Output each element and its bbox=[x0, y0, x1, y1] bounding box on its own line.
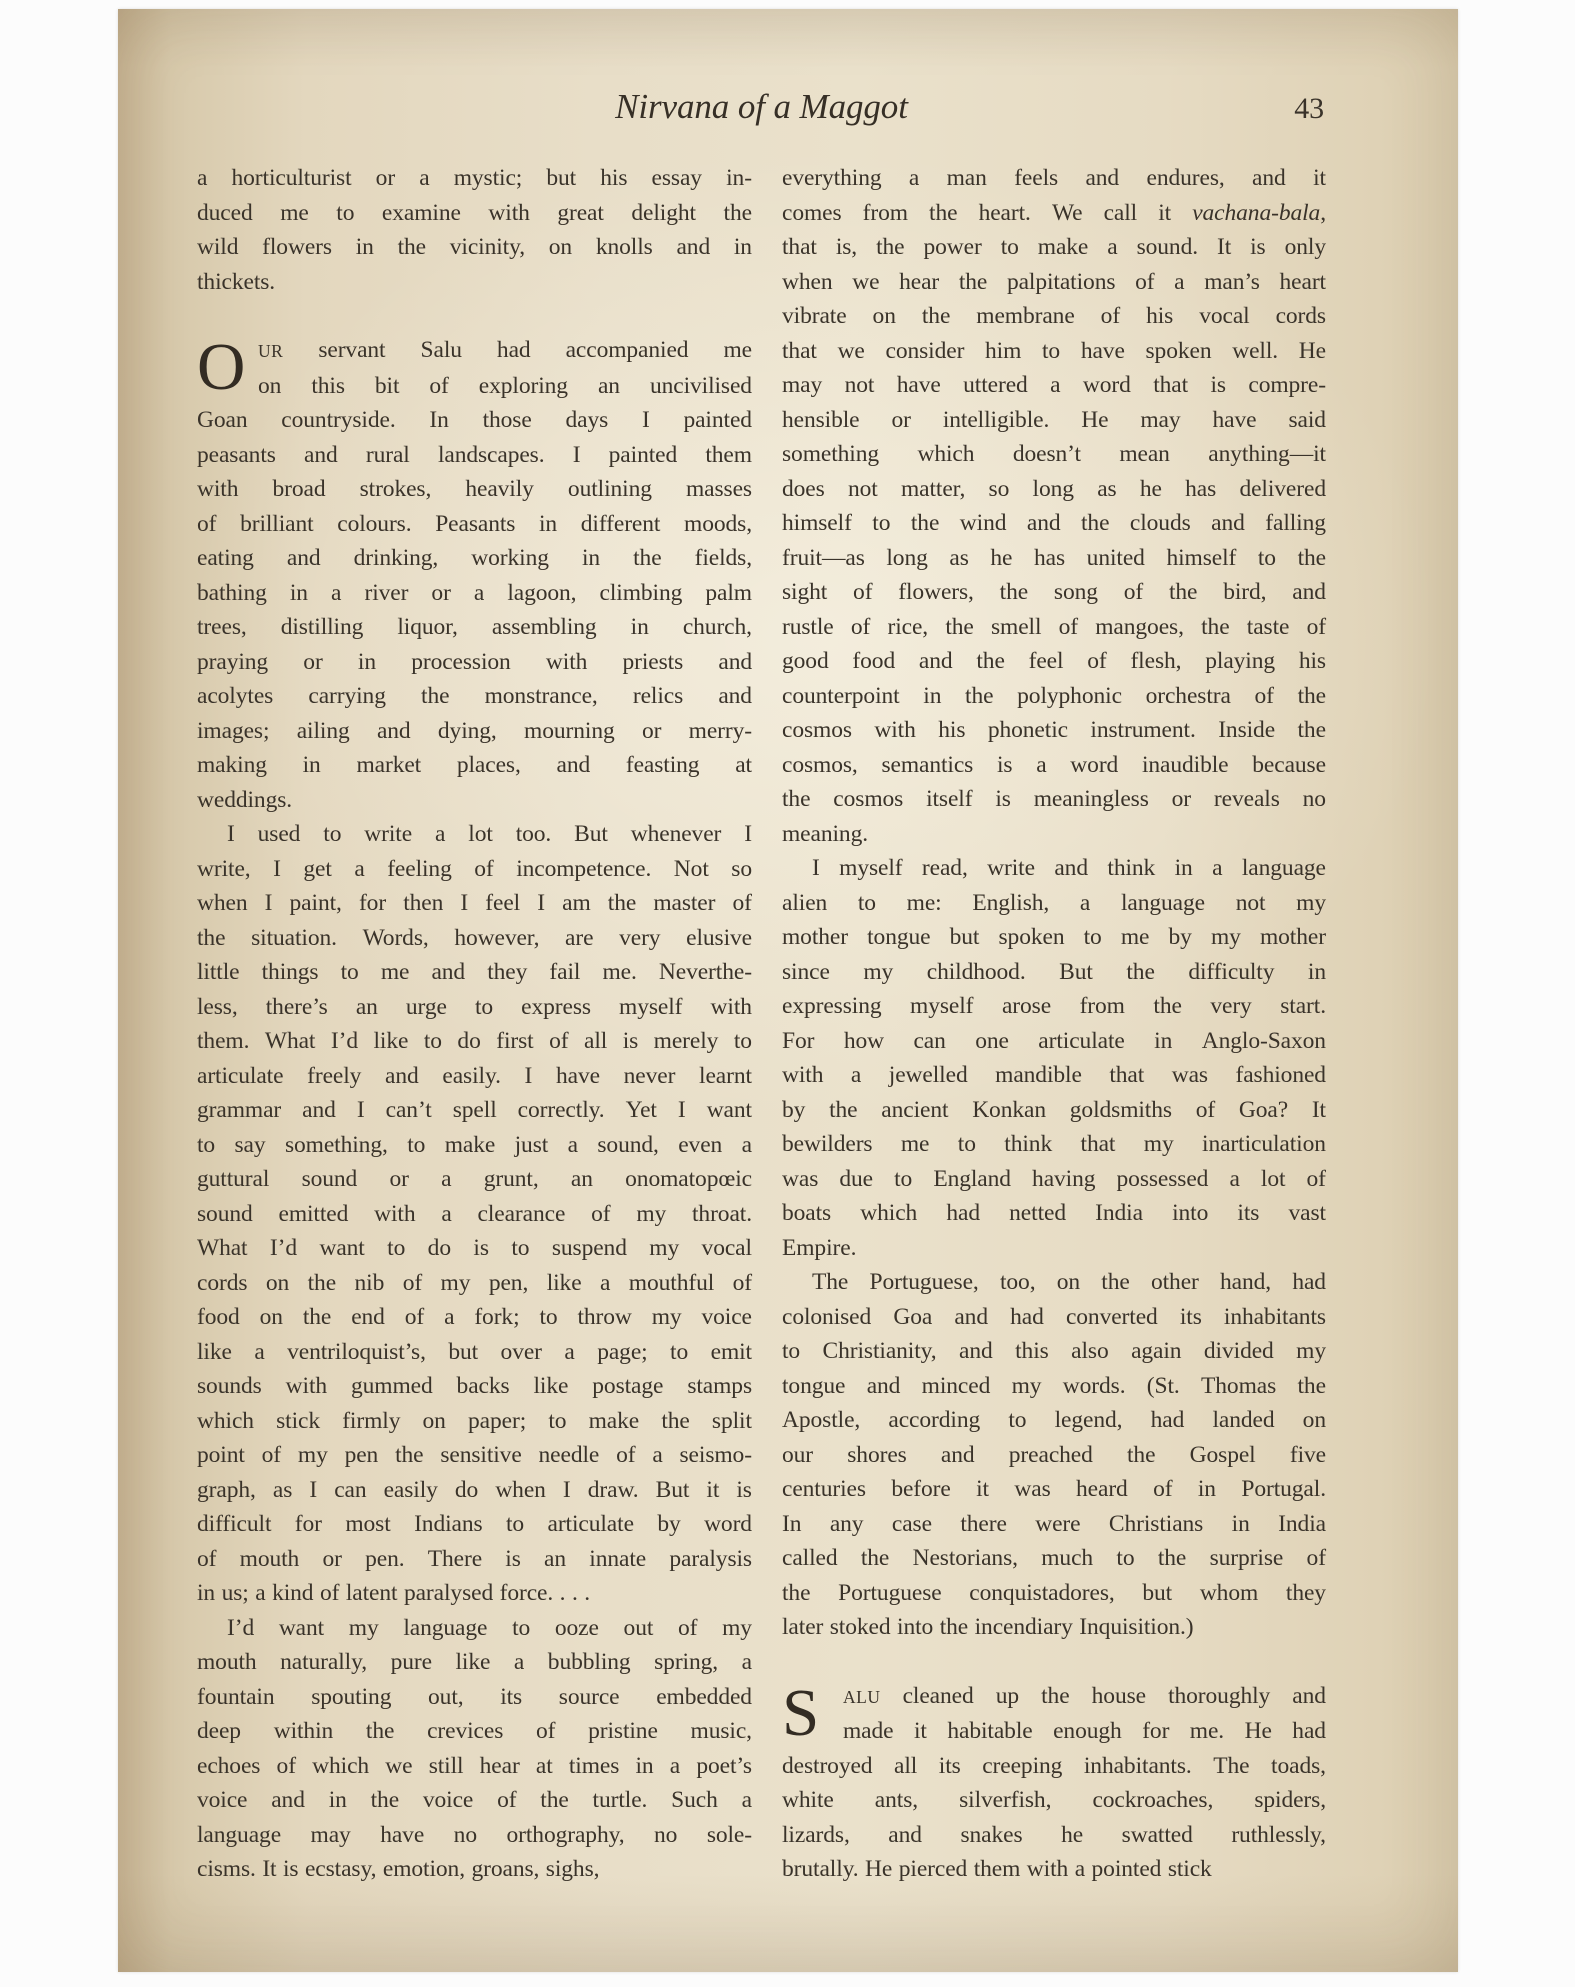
word: his bbox=[1146, 299, 1173, 334]
word: since bbox=[782, 955, 830, 990]
word: gummed bbox=[351, 1369, 433, 1404]
word: ecstasy, bbox=[305, 1852, 376, 1887]
word: articulate bbox=[197, 1059, 283, 1094]
word: said bbox=[1288, 403, 1325, 438]
word: a bbox=[851, 1058, 861, 1093]
text-line: boatswhichhadnettedIndiaintoitsvast bbox=[782, 1196, 1326, 1231]
word: before bbox=[891, 1472, 950, 1507]
word: whenever bbox=[631, 817, 722, 852]
word: the bbox=[398, 230, 426, 265]
word: falling bbox=[1265, 506, 1326, 541]
word: cords bbox=[1276, 299, 1326, 334]
text-line: somethingwhichdoesn’tmeananything—it bbox=[782, 437, 1326, 472]
word: due bbox=[839, 1162, 873, 1197]
word: he bbox=[1140, 472, 1162, 507]
word: a bbox=[564, 1335, 574, 1370]
word: well. bbox=[1232, 334, 1278, 369]
word: different bbox=[581, 507, 661, 542]
word: cosmos bbox=[782, 713, 852, 748]
word: to bbox=[1001, 230, 1019, 265]
word: merry- bbox=[689, 714, 752, 749]
word: and bbox=[718, 645, 752, 680]
word: my bbox=[1144, 1127, 1174, 1162]
word: jewelled bbox=[889, 1058, 968, 1093]
word: make bbox=[445, 1128, 496, 1163]
text-line: wildflowersinthevicinity,onknollsandin bbox=[197, 230, 752, 265]
word: and bbox=[919, 644, 953, 679]
word: procession bbox=[411, 645, 511, 680]
word: out bbox=[624, 1611, 654, 1646]
word: less, bbox=[197, 990, 238, 1025]
word: servant bbox=[318, 333, 385, 368]
text-line: meaning. bbox=[782, 817, 1326, 852]
word: never bbox=[624, 1059, 676, 1094]
word: with bbox=[374, 1197, 415, 1232]
word: I bbox=[460, 886, 468, 921]
word: himself bbox=[1166, 541, 1236, 576]
word: articulate bbox=[547, 1507, 633, 1542]
word: images; bbox=[197, 714, 269, 749]
word: great bbox=[557, 196, 603, 231]
word: call bbox=[1104, 196, 1138, 231]
word: throw bbox=[577, 1300, 631, 1335]
word: my bbox=[649, 1231, 679, 1266]
word: silverfish, bbox=[959, 1783, 1051, 1818]
word: is bbox=[995, 782, 1010, 817]
word: to bbox=[1008, 1403, 1026, 1438]
word: and bbox=[556, 748, 590, 783]
word: paralysed bbox=[404, 1576, 493, 1611]
word: me bbox=[723, 333, 752, 368]
text-line: voiceandinthevoiceoftheturtle.Sucha bbox=[197, 1783, 752, 1818]
word: have bbox=[380, 1818, 424, 1853]
word: a bbox=[354, 852, 364, 887]
word: want bbox=[319, 1231, 364, 1266]
word: in bbox=[1308, 955, 1326, 990]
text-block: Nirvana of a Maggot 43 ahorticulturistor… bbox=[118, 9, 1458, 1887]
word: of bbox=[429, 369, 448, 404]
word: times bbox=[569, 1749, 619, 1784]
word: a bbox=[1050, 368, 1060, 403]
word: in bbox=[539, 507, 557, 542]
word: cisms. bbox=[197, 1852, 256, 1887]
word: hear bbox=[899, 265, 939, 300]
text-line: pointofmypenthesensitiveneedleofaseismo- bbox=[197, 1438, 752, 1473]
word: we bbox=[838, 334, 865, 369]
word: to bbox=[336, 196, 354, 231]
word: me. bbox=[602, 955, 636, 990]
word: to bbox=[512, 1611, 530, 1646]
word: mouthful bbox=[629, 1266, 714, 1301]
word: I bbox=[265, 886, 273, 921]
word: is, bbox=[836, 230, 857, 265]
word: to bbox=[1042, 334, 1060, 369]
word: in bbox=[358, 645, 376, 680]
word: But bbox=[574, 817, 608, 852]
word: swatted bbox=[1122, 1818, 1193, 1853]
word: food bbox=[852, 644, 895, 679]
word: sound. bbox=[1137, 230, 1198, 265]
text-line: rustleofrice,thesmellofmangoes,thetasteo… bbox=[782, 610, 1326, 645]
word: spouting bbox=[311, 1680, 391, 1715]
word: to bbox=[387, 1231, 405, 1266]
word: easily bbox=[384, 1473, 438, 1508]
word: language bbox=[1242, 851, 1326, 886]
word: landed bbox=[1212, 1403, 1274, 1438]
word: He bbox=[1299, 334, 1326, 369]
word: the bbox=[1000, 575, 1028, 610]
word: duced bbox=[197, 196, 253, 231]
word: us; bbox=[222, 1576, 249, 1611]
word: crevices bbox=[427, 1714, 503, 1749]
word: places, bbox=[457, 748, 521, 783]
word: the bbox=[540, 1783, 568, 1818]
word: church, bbox=[683, 610, 752, 645]
word: of bbox=[536, 1714, 555, 1749]
word: spoken bbox=[1146, 334, 1212, 369]
word: painted bbox=[609, 438, 677, 473]
word: tongue bbox=[782, 1369, 845, 1404]
word: Nestorians, bbox=[913, 1541, 1018, 1576]
word: me bbox=[1121, 920, 1150, 955]
word: an bbox=[571, 1162, 593, 1197]
word: in bbox=[636, 1749, 654, 1784]
word: had bbox=[1292, 1265, 1326, 1300]
word: want bbox=[707, 1093, 752, 1128]
word: which bbox=[860, 1196, 917, 1231]
word: uncivilised bbox=[650, 369, 752, 404]
word: heart. bbox=[979, 196, 1031, 231]
word: clouds bbox=[1130, 506, 1191, 541]
word: in- bbox=[726, 161, 752, 196]
word: song bbox=[1054, 575, 1098, 610]
word: like bbox=[455, 1645, 490, 1680]
word: Yet bbox=[626, 1093, 657, 1128]
word: brutally. bbox=[782, 1852, 859, 1887]
word: and bbox=[954, 1300, 988, 1335]
word: on bbox=[260, 1300, 283, 1335]
text-line: toChristianity,andthisalsoagaindividedmy bbox=[782, 1334, 1326, 1369]
word: on bbox=[423, 1404, 446, 1439]
word: five bbox=[1290, 1438, 1326, 1473]
word: heavily bbox=[465, 472, 533, 507]
word: inhabitants. bbox=[1084, 1749, 1192, 1784]
text-line: gutturalsoundoragrunt,anonomatopœic bbox=[197, 1162, 752, 1197]
word: but bbox=[950, 920, 980, 955]
text-line: lizards,andsnakesheswattedruthlessly, bbox=[782, 1818, 1326, 1853]
word: can bbox=[913, 1024, 945, 1059]
word: there’s bbox=[266, 990, 328, 1025]
word: that bbox=[782, 230, 817, 265]
word: I bbox=[357, 1093, 365, 1128]
word: a bbox=[255, 1576, 265, 1611]
word: sight bbox=[782, 575, 827, 610]
word: the bbox=[197, 921, 225, 956]
word: seismo- bbox=[680, 1438, 752, 1473]
word: to bbox=[1084, 920, 1102, 955]
word: intelligible. bbox=[943, 403, 1049, 438]
word: its bbox=[1237, 1196, 1259, 1231]
word: from bbox=[863, 196, 908, 231]
text-line: prayingorinprocessionwithpriestsand bbox=[197, 645, 752, 680]
word: But bbox=[656, 1473, 690, 1508]
text-line: himselftothewindandthecloudsandfalling bbox=[782, 506, 1326, 541]
word: the bbox=[1126, 955, 1154, 990]
text-line: tongueandmincedmywords.(St.Thomasthe bbox=[782, 1369, 1326, 1404]
word: word bbox=[1070, 748, 1118, 783]
text-line: fruit—aslongashehasunitedhimselftothe bbox=[782, 541, 1326, 576]
word: one bbox=[975, 1024, 1009, 1059]
text-line: colonisedGoaandhadconverteditsinhabitant… bbox=[782, 1300, 1326, 1335]
word: exploring bbox=[479, 369, 568, 404]
text-line: WhatI’dwanttodoistosuspendmyvocal bbox=[197, 1231, 752, 1266]
word: make bbox=[589, 1404, 640, 1439]
word: boats bbox=[782, 1196, 831, 1231]
word: with bbox=[197, 472, 238, 507]
text-line: goodfoodandthefeelofflesh,playinghis bbox=[782, 644, 1326, 679]
text-line: expressingmyselfarosefromtheverystart. bbox=[782, 989, 1326, 1024]
text-line: trees,distillingliquor,assemblinginchurc… bbox=[197, 610, 752, 645]
word: or bbox=[642, 714, 661, 749]
word: to bbox=[1116, 1541, 1134, 1576]
word: days bbox=[565, 403, 608, 438]
word: Goa bbox=[893, 1300, 932, 1335]
word: the bbox=[1101, 1265, 1129, 1300]
word: pen, bbox=[489, 1266, 528, 1301]
word: What bbox=[265, 1024, 316, 1059]
word: clearance bbox=[477, 1197, 565, 1232]
word: only bbox=[1285, 230, 1326, 265]
word: or bbox=[1172, 782, 1191, 817]
text-line: madeithabitableenoughforme.Hehad bbox=[782, 1714, 1326, 1749]
word: alien bbox=[782, 886, 827, 921]
word: in bbox=[1154, 1024, 1172, 1059]
word: situation. bbox=[251, 921, 337, 956]
word: the bbox=[724, 196, 752, 231]
word: compre- bbox=[1248, 368, 1326, 403]
word: Anglo-Saxon bbox=[1202, 1024, 1326, 1059]
word: Portugal. bbox=[1241, 1472, 1326, 1507]
word: write bbox=[987, 851, 1035, 886]
word: Christians bbox=[1109, 1507, 1203, 1542]
word: white bbox=[782, 1783, 834, 1818]
word: a bbox=[1107, 230, 1117, 265]
word: in bbox=[356, 230, 374, 265]
word: them. bbox=[197, 1024, 249, 1059]
word: India bbox=[1278, 1507, 1326, 1542]
word: the bbox=[782, 1576, 810, 1611]
word: they bbox=[1286, 1576, 1326, 1611]
word: dying, bbox=[438, 714, 497, 749]
word: but bbox=[1142, 1576, 1172, 1611]
word: mouth bbox=[197, 1645, 257, 1680]
word: comes bbox=[782, 196, 842, 231]
word: the bbox=[633, 541, 661, 576]
text-line: Empire. bbox=[782, 1231, 1326, 1266]
word: myself bbox=[839, 851, 902, 886]
word: cosmos bbox=[833, 782, 903, 817]
word: preached bbox=[1009, 1438, 1093, 1473]
word: its bbox=[500, 1680, 522, 1715]
word: smell bbox=[991, 610, 1041, 645]
word: difficulty bbox=[1188, 955, 1274, 990]
dropcap-initial: S bbox=[782, 1684, 819, 1742]
word: priests bbox=[623, 645, 684, 680]
word: case bbox=[892, 1507, 932, 1542]
word: they bbox=[487, 955, 527, 990]
word: Neverthe- bbox=[659, 955, 752, 990]
word: the bbox=[976, 644, 1004, 679]
text-line: graph,asIcaneasilydowhenIdraw.Butitis bbox=[197, 1473, 752, 1508]
word: and bbox=[304, 438, 338, 473]
word: counterpoint bbox=[782, 679, 900, 714]
word: like bbox=[547, 1266, 582, 1301]
word: emit bbox=[711, 1335, 752, 1370]
word: lizards, bbox=[782, 1818, 850, 1853]
text-line: InanycasetherewereChristiansinIndia bbox=[782, 1507, 1326, 1542]
word: my bbox=[1296, 1334, 1326, 1369]
word: elusive bbox=[686, 921, 752, 956]
word: of bbox=[1135, 265, 1154, 300]
word: by bbox=[657, 1507, 680, 1542]
word: turtle. bbox=[593, 1783, 648, 1818]
word: thickets. bbox=[197, 265, 275, 300]
word: delivered bbox=[1239, 472, 1326, 507]
word: long bbox=[886, 541, 927, 576]
word: of bbox=[403, 1266, 422, 1301]
word: is bbox=[505, 1542, 520, 1577]
word: suspend bbox=[552, 1231, 627, 1266]
word: may bbox=[311, 1818, 351, 1853]
word: The bbox=[1213, 1749, 1249, 1784]
word: knolls bbox=[596, 230, 653, 265]
word: to bbox=[539, 1300, 557, 1335]
word: Empire. bbox=[782, 1231, 856, 1266]
word: for bbox=[295, 1507, 322, 1542]
word: end bbox=[351, 1300, 385, 1335]
word: the bbox=[782, 782, 810, 817]
word: things bbox=[262, 955, 319, 990]
word: accompanied bbox=[566, 333, 689, 368]
word: do bbox=[428, 1231, 451, 1266]
word: like bbox=[534, 1369, 569, 1404]
text-line: deepwithinthecrevicesofpristinemusic, bbox=[197, 1714, 752, 1749]
text-line: bathinginariveroralagoon,climbingpalm bbox=[197, 576, 752, 611]
word: firmly bbox=[342, 1404, 400, 1439]
word: legend, bbox=[1055, 1403, 1123, 1438]
word: of bbox=[678, 1611, 697, 1646]
word: its bbox=[1180, 1300, 1202, 1335]
word: page; bbox=[597, 1335, 647, 1370]
text-line: brutally.Hepiercedthemwithapointedstick bbox=[782, 1852, 1326, 1887]
word: in bbox=[197, 1576, 215, 1611]
word: my bbox=[636, 1197, 666, 1232]
text-line: less,there’sanurgetoexpressmyselfwith bbox=[197, 990, 752, 1025]
word: masses bbox=[686, 472, 752, 507]
word: can’t bbox=[386, 1093, 432, 1128]
word: in bbox=[923, 679, 941, 714]
word: arose bbox=[1002, 989, 1051, 1024]
word: grammar bbox=[197, 1093, 281, 1128]
word: my bbox=[722, 1611, 752, 1646]
word: acolytes bbox=[197, 679, 273, 714]
text-line: images;ailinganddying,mourningormerry- bbox=[197, 714, 752, 749]
word: too, bbox=[1000, 1265, 1036, 1300]
word: groans, bbox=[471, 1852, 539, 1887]
word: those bbox=[483, 403, 532, 438]
text-line: tosaysomething,tomakejustasound,evena bbox=[197, 1128, 752, 1163]
word: over bbox=[501, 1335, 542, 1370]
word: of bbox=[262, 1438, 281, 1473]
word: with bbox=[488, 196, 529, 231]
word: conquistadores, bbox=[969, 1576, 1114, 1611]
word: the bbox=[922, 299, 950, 334]
word: them bbox=[705, 438, 752, 473]
word: and bbox=[302, 1093, 336, 1128]
word: a bbox=[254, 1335, 264, 1370]
word: a bbox=[742, 1128, 752, 1163]
text-line: centuriesbeforeitwasheardofinPortugal. bbox=[782, 1472, 1326, 1507]
word: my bbox=[1012, 1369, 1042, 1404]
word: write, bbox=[197, 852, 251, 887]
word: to bbox=[511, 1231, 529, 1266]
word: I bbox=[309, 1473, 317, 1508]
word: ailing bbox=[297, 714, 350, 749]
word: had bbox=[946, 1196, 980, 1231]
text-line: soundemittedwithaclearanceofmythroat. bbox=[197, 1197, 752, 1232]
word: or bbox=[322, 1542, 341, 1577]
word: pen. bbox=[365, 1542, 404, 1577]
word: language bbox=[403, 1611, 487, 1646]
paragraph: Imyselfread,writeandthinkinalanguagealie… bbox=[782, 851, 1326, 1265]
word: was bbox=[1014, 1472, 1050, 1507]
word: to bbox=[424, 1024, 442, 1059]
word: ants, bbox=[875, 1783, 918, 1818]
word: mother bbox=[1260, 920, 1326, 955]
word: kind bbox=[272, 1576, 313, 1611]
word: myself bbox=[910, 989, 973, 1024]
word: a bbox=[652, 1438, 662, 1473]
word: me bbox=[381, 955, 410, 990]
text-line: whiteants,silverfish,cockroaches,spiders… bbox=[782, 1783, 1326, 1818]
word: draw. bbox=[588, 1473, 639, 1508]
word: strokes, bbox=[360, 472, 432, 507]
word: by bbox=[782, 1093, 805, 1128]
word: of bbox=[1307, 1541, 1326, 1576]
word: the bbox=[945, 610, 973, 645]
word: music, bbox=[691, 1714, 752, 1749]
word: netted bbox=[1009, 1196, 1066, 1231]
word: myself bbox=[619, 990, 682, 1025]
word: I bbox=[573, 438, 581, 473]
word: Portuguese, bbox=[870, 1265, 979, 1300]
word: very bbox=[1210, 989, 1251, 1024]
paragraph: SALUcleanedupthehousethoroughlyandmadeit… bbox=[782, 1679, 1326, 1887]
word: had bbox=[1151, 1403, 1185, 1438]
word: because bbox=[1252, 748, 1326, 783]
word: mouth bbox=[240, 1542, 300, 1577]
word: bewilders bbox=[782, 1127, 872, 1162]
word: we bbox=[385, 1749, 412, 1784]
word: colonised bbox=[782, 1300, 871, 1335]
word: him bbox=[985, 334, 1021, 369]
word: something, bbox=[285, 1128, 388, 1163]
word: it bbox=[914, 1714, 927, 1749]
word: from bbox=[1080, 989, 1125, 1024]
word: our bbox=[782, 1438, 813, 1473]
word: of bbox=[1101, 299, 1120, 334]
word: on bbox=[266, 1266, 289, 1301]
